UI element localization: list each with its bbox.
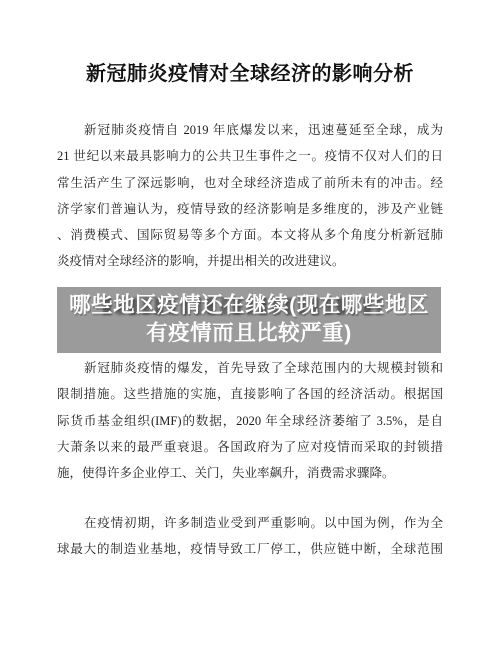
text-line: 大萧条以来的最严重衰退。各国政府为了应对疫情而采取的封锁措 xyxy=(57,434,443,460)
overlay-headline-line1: 哪些地区疫情还在继续(现在哪些地区 xyxy=(57,291,441,319)
paragraph-lockdown-impact: 新冠肺炎疫情的爆发，首先导致了全球范围内的大规模封锁和 限制措施。这些措施的实施… xyxy=(57,355,443,486)
text-line: 炎疫情对全球经济的影响，并提出相关的改进建议。 xyxy=(57,248,443,274)
text-line: 限制措施。这些措施的实施，直接影响了各国的经济活动。根据国 xyxy=(57,381,443,407)
overlay-headline-line2: 有疫情而且比较严重) xyxy=(57,319,441,347)
text-line: 施，使得许多企业停工、关门，失业率飙升，消费需求骤降。 xyxy=(57,460,443,486)
text-line: 新冠肺炎疫情的爆发，首先导致了全球范围内的大规模封锁和 xyxy=(57,355,443,381)
text-line: 常生活产生了深远影响，也对全球经济造成了前所未有的冲击。经 xyxy=(57,170,443,196)
text-line: 在疫情初期，许多制造业受到严重影响。以中国为例，作为全 xyxy=(57,510,443,536)
document-page: 新冠肺炎疫情对全球经济的影响分析 新冠肺炎疫情自 2019 年底爆发以来，迅速蔓… xyxy=(0,0,500,647)
text-line: 际货币基金组织(IMF)的数据，2020 年全球经济萎缩了 3.5%，是自 xyxy=(57,408,443,434)
text-line: 、消费模式、国际贸易等多个方面。本文将从多个角度分析新冠肺 xyxy=(57,222,443,248)
text-line: 球最大的制造业基地，疫情导致工厂停工，供应链中断，全球范围 xyxy=(57,536,443,562)
text-line: 新冠肺炎疫情自 2019 年底爆发以来，迅速蔓延至全球，成为 xyxy=(57,117,443,143)
paragraph-intro: 新冠肺炎疫情自 2019 年底爆发以来，迅速蔓延至全球，成为 21 世纪以来最具… xyxy=(57,117,443,275)
headline-overlay: 哪些地区疫情还在继续(现在哪些地区 有疫情而且比较严重) xyxy=(57,287,441,353)
paragraph-manufacturing: 在疫情初期，许多制造业受到严重影响。以中国为例，作为全 球最大的制造业基地，疫情… xyxy=(57,510,443,563)
document-title: 新冠肺炎疫情对全球经济的影响分析 xyxy=(0,57,500,86)
text-line: 济学家们普遍认为，疫情导致的经济影响是多维度的，涉及产业链 xyxy=(57,196,443,222)
text-line: 21 世纪以来最具影响力的公共卫生事件之一。疫情不仅对人们的日 xyxy=(57,143,443,169)
